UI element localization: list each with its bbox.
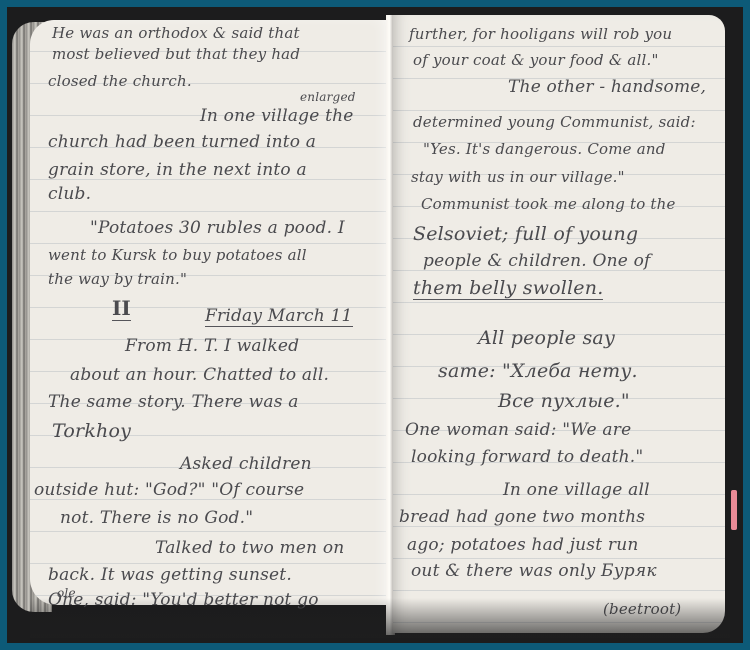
- text-line: church had been turned into a: [48, 132, 316, 152]
- text-line: most believed but that they had: [52, 45, 300, 63]
- text-line: Talked to two men on: [155, 538, 344, 558]
- text-line: He was an orthodox & said that: [52, 24, 300, 42]
- text-line: stay with us in our village.": [411, 168, 625, 186]
- text-line: Все пухлые.": [498, 390, 630, 412]
- text-line: From H. T. I walked: [125, 336, 299, 356]
- text-line: The same story. There was a: [48, 392, 299, 412]
- text-line: the way by train.": [48, 270, 187, 288]
- text-line: closed the church.: [48, 72, 192, 90]
- text-line: about an hour. Chatted to all.: [70, 365, 329, 385]
- text-line: All people say: [478, 327, 615, 349]
- text-line: them belly swollen.: [413, 277, 603, 300]
- text-line: not. There is no God.": [60, 508, 253, 528]
- page-tab-marker: [731, 490, 737, 530]
- text-line: people & children. One of: [423, 251, 651, 271]
- text-line: The other - handsome,: [508, 77, 706, 97]
- text-line: "Potatoes 30 rubles a pood. I: [90, 218, 345, 238]
- text-line: (beetroot): [603, 600, 681, 618]
- text-line: Selsoviet; full of young: [413, 223, 638, 245]
- text-line: further, for hooligans will rob you: [409, 25, 672, 43]
- text-line: One, said: "You'd better not go: [48, 590, 319, 610]
- text-line: In one village the: [200, 106, 354, 126]
- text-line: of your coat & your food & all.": [413, 51, 659, 69]
- text-line: grain store, in the next into a: [48, 160, 307, 180]
- section-mark: II: [112, 296, 131, 321]
- text-line: "Yes. It's dangerous. Come and: [423, 140, 666, 158]
- text-line: Torkhoy: [52, 420, 131, 442]
- text-line: outside hut: "God?" "Of course: [34, 480, 304, 500]
- text-line: determined young Communist, said:: [413, 113, 696, 131]
- text-line: bread had gone two months: [399, 507, 645, 527]
- left-page: He was an orthodox & said that most beli…: [30, 20, 390, 605]
- text-line: back. It was getting sunset.: [48, 565, 292, 585]
- right-page: further, for hooligans will rob you of y…: [393, 15, 725, 633]
- inserted-word: enlarged: [300, 90, 356, 104]
- text-line: One woman said: "We are: [405, 420, 631, 440]
- date-heading: Friday March 11: [205, 306, 353, 327]
- text-line: club.: [48, 184, 91, 204]
- text-line: Communist took me along to the: [421, 195, 676, 213]
- text-line: same: "Хлеба нету.: [438, 360, 638, 382]
- text-line: went to Kursk to buy potatoes all: [48, 246, 307, 264]
- text-line: ago; potatoes had just run: [407, 535, 639, 555]
- text-line: looking forward to death.": [411, 447, 643, 467]
- text-line: out & there was only Буряк: [411, 561, 657, 581]
- text-line: Asked children: [180, 454, 312, 474]
- text-line: In one village all: [503, 480, 650, 500]
